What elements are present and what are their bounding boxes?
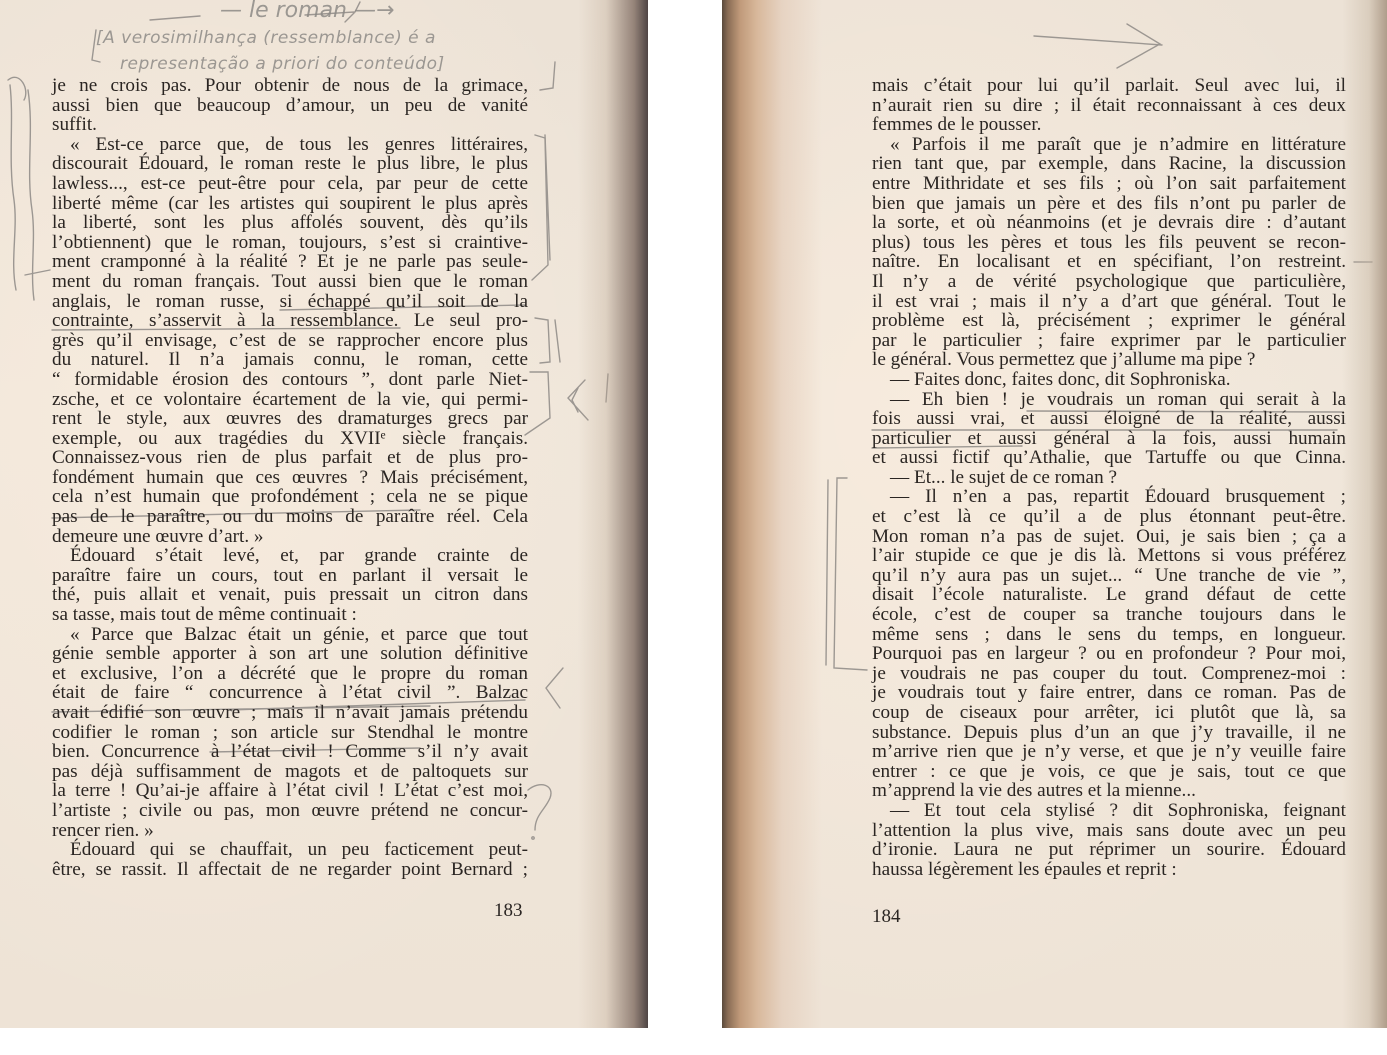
- text-line: m’arrive rien que je n’y verse, et que j…: [872, 742, 1346, 762]
- text-line: liberté même (car les artistes qui soupi…: [52, 194, 528, 214]
- text-line: Édouard s’était levé, et, par grande cra…: [52, 546, 528, 566]
- text-line: lawless..., est-ce peut-être pour cela, …: [52, 174, 528, 194]
- text-line: « Est-ce parce que, de tous les genres l…: [52, 135, 528, 155]
- text-line: même sens ; dans le sens du temps, en lo…: [872, 625, 1346, 645]
- text-line: par le particulier ; faire exprimer par …: [872, 331, 1346, 351]
- text-line: demeure une œuvre d’art. »: [52, 527, 528, 547]
- text-line: Il n’y a de vérité psychologique que par…: [872, 272, 1346, 292]
- page-number-right: 184: [872, 906, 901, 928]
- text-line: pas de le paraître, ou du moins de paraî…: [52, 507, 528, 527]
- text-line: du naturel. Il n’a jamais connu, le roma…: [52, 350, 528, 370]
- text-line: être, se rassit. Il affectait de ne rega…: [52, 860, 528, 880]
- right-page-text: mais c’était pour lui qu’il parlait. Seu…: [872, 76, 1346, 879]
- text-line: fondément humain que ces œuvres ? Mais p…: [52, 468, 528, 488]
- text-line: particulier et aussi général à la fois, …: [872, 429, 1346, 449]
- text-line: et aussi fictif qu’Athalie, que Tartuffe…: [872, 448, 1346, 468]
- text-line: disait l’école naturaliste. Le grand déf…: [872, 585, 1346, 605]
- text-line: était de faire “ concurrence à l’état ci…: [52, 683, 528, 703]
- text-line: “ formidable érosion des contours ”, don…: [52, 370, 528, 390]
- text-line: je voudrais tout y faire entrer, dans ce…: [872, 683, 1346, 703]
- left-page: — le roman —→ [A verosimilhança (ressemb…: [0, 0, 648, 1028]
- text-line: sa tasse, mais tout de même continuait :: [52, 605, 528, 625]
- text-line: pas déjà suffisamment de magots et de pa…: [52, 762, 528, 782]
- text-line: cela n’est humain que profondément ; cel…: [52, 487, 528, 507]
- text-line: — Et... le sujet de ce roman ?: [872, 468, 1346, 488]
- left-page-text: je ne crois pas. Pour obtenir de nous de…: [52, 76, 528, 879]
- text-line: ment cramponné à la réalité ? Et je ne p…: [52, 252, 528, 272]
- handwritten-note-line3: representação a priori do conteúdo]: [120, 54, 445, 74]
- handwritten-note-line2: [A verosimilhança (ressemblance) é a: [96, 28, 436, 48]
- right-page: mais c’était pour lui qu’il parlait. Seu…: [722, 0, 1387, 1028]
- text-line: rent le style, aux œuvres des dramaturge…: [52, 409, 528, 429]
- text-line: substance. Depuis plus d’un an que j’y t…: [872, 723, 1346, 743]
- text-line: haussa légèrement les épaules et reprit …: [872, 860, 1346, 880]
- text-line: aussi bien que beaucoup d’amour, un peu …: [52, 96, 528, 116]
- text-line: ment du roman français. Tout aussi bien …: [52, 272, 528, 292]
- text-line: « Parce que Balzac était un génie, et pa…: [52, 625, 528, 645]
- text-line: entrer : ce que je vois, ce que je sais,…: [872, 762, 1346, 782]
- text-line: Mon roman n’a pas de sujet. Oui, je sais…: [872, 527, 1346, 547]
- text-line: rencer rien. »: [52, 821, 528, 841]
- handwritten-note-title: — le roman —→: [220, 0, 394, 23]
- page-number-left: 183: [494, 900, 523, 922]
- text-line: paraître faire un cours, tout en parlant…: [52, 566, 528, 586]
- text-line: la terre ! Qu’ai-je affaire à l’état civ…: [52, 781, 528, 801]
- text-line: école, c’est de couper sa tranche toujou…: [872, 605, 1346, 625]
- text-line: bien que jamais un père et des fils n’on…: [872, 194, 1346, 214]
- text-line: suffit.: [52, 115, 528, 135]
- text-line: le général. Vous permettez que j’allume …: [872, 350, 1346, 370]
- text-line: naître. En localisant et en spécifiant, …: [872, 252, 1346, 272]
- text-line: je voudrais ne pas couper du tout. Compr…: [872, 664, 1346, 684]
- text-line: plus) tous les pères et tous les fils pe…: [872, 233, 1346, 253]
- text-line: Connaissez-vous rien de plus parfait et …: [52, 448, 528, 468]
- text-line: zsche, et ce volontaire écartement de la…: [52, 390, 528, 410]
- text-line: et c’est là ce qu’il a de plus étonnant …: [872, 507, 1346, 527]
- text-line: m’apprend la vie des autres et la mienne…: [872, 781, 1346, 801]
- text-line: entre Mithridate et ses fils ; où l’on s…: [872, 174, 1346, 194]
- text-line: n’aurait rien su dire ; il était reconna…: [872, 96, 1346, 116]
- text-line: mais c’était pour lui qu’il parlait. Seu…: [872, 76, 1346, 96]
- text-line: la sorte, et où néanmoins (et je devrais…: [872, 213, 1346, 233]
- text-line: coup de ciseaux pour arrêter, ici plutôt…: [872, 703, 1346, 723]
- text-line: discourait Édouard, le roman reste le pl…: [52, 154, 528, 174]
- text-line: « Parfois il me paraît que je n’admire e…: [872, 135, 1346, 155]
- text-line: grès qu’il envisage, c’est de se rapproc…: [52, 331, 528, 351]
- text-line: — Faites donc, faites donc, dit Sophroni…: [872, 370, 1346, 390]
- text-line: l’obtiennent) que le roman, toujours, s’…: [52, 233, 528, 253]
- text-line: femmes de le pousser.: [872, 115, 1346, 135]
- text-line: je ne crois pas. Pour obtenir de nous de…: [52, 76, 528, 96]
- text-line: fois aussi vrai, et aussi éloigné de la …: [872, 409, 1346, 429]
- text-line: l’artiste ; civile ou pas, mon œuvre pré…: [52, 801, 528, 821]
- text-line: qu’il n’y aura pas un sujet... “ Une tra…: [872, 566, 1346, 586]
- text-line: avait édifié son œuvre ; mais il n’avait…: [52, 703, 528, 723]
- text-line: — Et tout cela stylisé ? dit Sophroniska…: [872, 801, 1346, 821]
- text-line: Édouard qui se chauffait, un peu factice…: [52, 840, 528, 860]
- text-line: rien tant que, par exemple, dans Racine,…: [872, 154, 1346, 174]
- text-line: problème est là, précisément ; exprimer …: [872, 311, 1346, 331]
- text-line: et exclusive, l’on a décrété que le prop…: [52, 664, 528, 684]
- text-line: il est vrai ; mais il n’y a d’art que gé…: [872, 292, 1346, 312]
- text-line: d’ironie. Laura ne put réprimer un souri…: [872, 840, 1346, 860]
- text-line: thé, puis allait et venait, puis pressai…: [52, 585, 528, 605]
- text-line: la liberté, sont les plus affolés souven…: [52, 213, 528, 233]
- text-line: l’attention la plus vive, mais sans dout…: [872, 821, 1346, 841]
- text-line: — Il n’en a pas, repartit Édouard brusqu…: [872, 487, 1346, 507]
- text-line: codifier le roman ; son article sur Sten…: [52, 723, 528, 743]
- text-line: contrainte, s’asservit à la ressemblance…: [52, 311, 528, 331]
- text-line: — Eh bien ! je voudrais un roman qui ser…: [872, 390, 1346, 410]
- text-line: anglais, le roman russe, si échappé qu’i…: [52, 292, 528, 312]
- text-line: Pourquoi pas en largeur ? ou en profonde…: [872, 644, 1346, 664]
- text-line: exemple, ou aux tragédies du XVIIᵉ siècl…: [52, 429, 528, 449]
- text-line: bien. Concurrence à l’état civil ! Comme…: [52, 742, 528, 762]
- text-line: génie semble apporter à son art une solu…: [52, 644, 528, 664]
- text-line: l’air stupide ce que je dis là. Mettons …: [872, 546, 1346, 566]
